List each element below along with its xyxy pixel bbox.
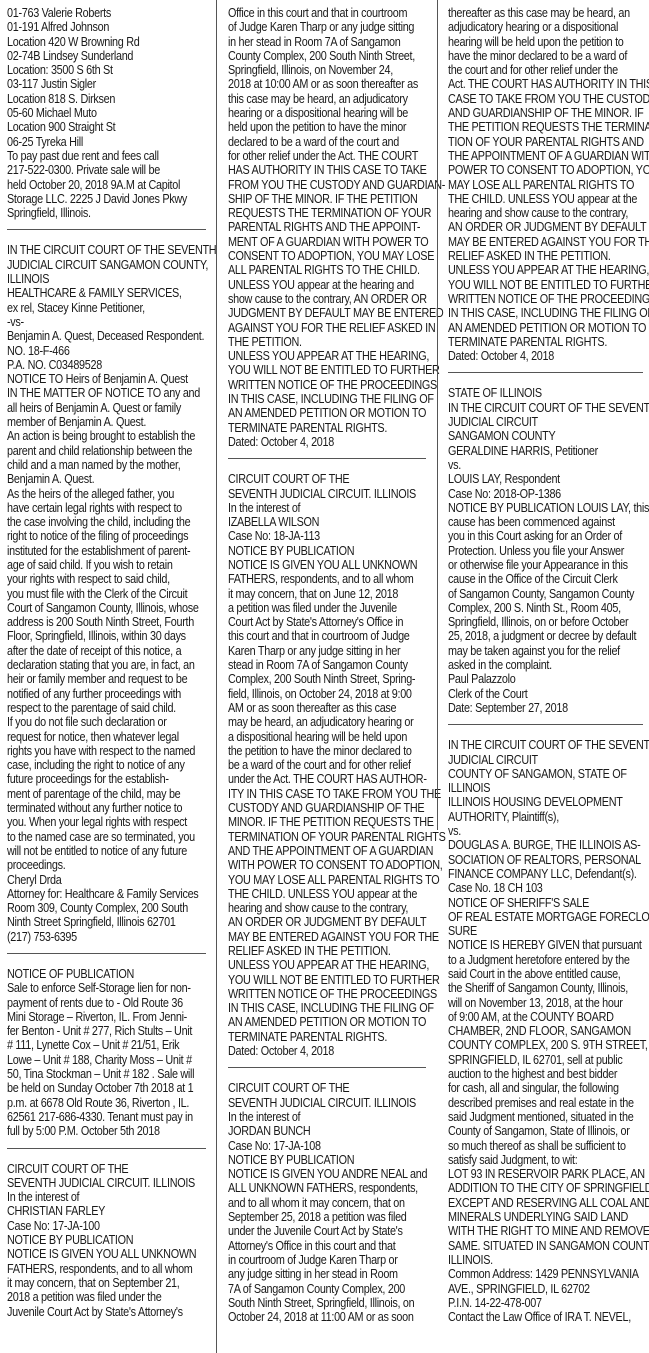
notice-text-line: OF REAL ESTATE MORTGAGE FORECLO- (448, 910, 649, 924)
notice-text-line: IN THE CIRCUIT COURT OF THE SEVENTH (7, 243, 212, 257)
notice-text-line: CASE TO TAKE FROM YOU THE CUSTODY (448, 92, 649, 106)
notice-text-line: any judge sitting in her stead in Room (228, 1267, 431, 1281)
notice-text-line: Paul Palazzolo (448, 672, 649, 686)
legal-notice: thereafter as this case may be heard, an… (448, 6, 649, 363)
notice-text-line: ILLINOIS (7, 272, 212, 286)
notice-text-line: In the interest of (7, 1190, 212, 1204)
column-3: thereafter as this case may be heard, an… (437, 0, 649, 1353)
notice-text-line: Mini Storage – Riverton, IL. From Jenni- (7, 1010, 212, 1024)
notice-text-line: WRITTEN NOTICE OF THE PROCEEDINGS (228, 987, 431, 1001)
notice-text-line: be held on Sunday October 7th 2018 at 1 (7, 1081, 212, 1095)
notice-text-line: IN THIS CASE, INCLUDING THE FILING OF (228, 1001, 431, 1015)
notice-text-line: In the interest of (228, 501, 431, 515)
notice-text-line: IZABELLA WILSON (228, 515, 431, 529)
notice-text-line: UNLESS YOU appear at the hearing and (228, 278, 431, 292)
notice-text-line: JORDAN BUNCH (228, 1124, 431, 1138)
notice-text-line: may be heard, an adjudicatory hearing or (228, 715, 431, 729)
notice-text-line: under the Act. THE COURT HAS AUTHOR- (228, 772, 431, 786)
notice-text-line: TERMINATE PARENTAL RIGHTS. (448, 335, 649, 349)
column-1: 01-763 Valerie Roberts01-191 Alfred John… (0, 0, 212, 1353)
notice-text-line: COUNTY COMPLEX, 200 S. 9TH STREET, (448, 1038, 649, 1052)
notice-text-line: adjudicatory hearing or a dispositional (448, 20, 649, 34)
notice-text-line: the petition to have the minor declared … (228, 744, 431, 758)
column-2: Office in this court and that in courtro… (216, 0, 432, 1353)
notice-text-line: IN THE CIRCUIT COURT OF THE SEVENTH (448, 401, 649, 415)
notice-text-line: SEVENTH JUDICIAL CIRCUIT. ILLINOIS (7, 1176, 212, 1190)
notice-text-line: hearing or a dispositional hearing will … (228, 106, 431, 120)
notice-text-line: have the minor declared to be a ward of (448, 49, 649, 63)
notice-text-line: 62561 217-686-4330. Tenant must pay in (7, 1110, 212, 1124)
notice-text-line: AVE., SPRINGFIELD, IL 62702 (448, 1282, 649, 1296)
notice-text-line: full by 5:00 P.M. October 5th 2018 (7, 1124, 212, 1138)
notice-text-line: SOCIATION OF REALTORS, PERSONAL (448, 853, 649, 867)
notice-text-line: ex rel, Stacey Kinne Petitioner, (7, 301, 212, 315)
notice-text-line: hearing and show cause to the contrary, (448, 206, 649, 220)
notice-text-line: RELIEF ASKED IN THE PETITION. (448, 249, 649, 263)
notice-text-line: TERMINATE PARENTAL RIGHTS. (228, 421, 431, 435)
notice-text-line: FATHERS, respondents, and to all whom (7, 1262, 212, 1276)
notice-text-line: AN ORDER OR JUDGMENT BY DEFAULT (448, 220, 649, 234)
notice-text-line: Court Act by State's Attorney's Office i… (228, 615, 431, 629)
notice-text-line: THE PETITION. (228, 335, 431, 349)
notice-text-line: in courtroom of Judge Karen Tharp or (228, 1253, 431, 1267)
notice-text-line: FROM YOU THE CUSTODY AND GUARDIAN- (228, 178, 431, 192)
notice-text-line: THE PETITION REQUESTS THE TERMINA- (448, 120, 649, 134)
notice-text-line: ILLINOIS. (448, 1253, 649, 1267)
notice-text-line: STATE OF ILLINOIS (448, 386, 649, 400)
notice-text-line: P.I.N. 14-22-478-007 (448, 1296, 649, 1310)
notice-text-line: HEALTHCARE & FAMILY SERVICES, (7, 286, 212, 300)
notice-text-line: NOTICE IS HEREBY GIVEN that pursuant (448, 938, 649, 952)
notice-text-line: ILLINOIS (448, 781, 649, 795)
notice-text-line: WRITTEN NOTICE OF THE PROCEEDINGS (448, 292, 649, 306)
notice-text-line: you must file with the Clerk of the Circ… (7, 587, 212, 601)
notice-text-line: for other relief under the Act. THE COUR… (228, 149, 431, 163)
notice-text-line: ILLINOIS HOUSING DEVELOPMENT (448, 795, 649, 809)
notice-text-line: AUTHORITY, Plaintiff(s), (448, 810, 649, 824)
notice-text-line: Date: September 27, 2018 (448, 701, 649, 715)
notice-text-line: Office in this court and that in courtro… (228, 6, 431, 20)
notice-text-line: Dated: October 4, 2018 (228, 1044, 431, 1058)
notice-text-line: NOTICE BY PUBLICATION (7, 1233, 212, 1247)
notice-separator (228, 458, 426, 459)
notice-text-line: said Court in the above entitled cause, (448, 967, 649, 981)
notice-text-line: cause in the Office of the Circuit Clerk (448, 572, 649, 586)
notice-text-line: YOU WILL NOT BE ENTITLED TO FURTHER (448, 278, 649, 292)
notice-text-line: CONSENT TO ADOPTION, YOU MAY LOSE (228, 249, 431, 263)
notice-text-line: Complex, 200 South Ninth Street, Spring- (228, 672, 431, 686)
legal-notice: NOTICE OF PUBLICATIONSale to enforce Sel… (7, 967, 212, 1139)
notice-text-line: Common Address: 1429 PENNSYLVANIA (448, 1267, 649, 1281)
notice-text-line: Springfield, Illinois, on November 24, (228, 63, 431, 77)
notice-text-line: a petition was filed under the Juvenile (228, 601, 431, 615)
notice-text-line: you in this Court asking for an Order of (448, 529, 649, 543)
notice-text-line: notified of any further proceedings with (7, 687, 212, 701)
notice-text-line: PARENTAL RIGHTS AND THE APPOINT- (228, 220, 431, 234)
notice-text-line: (217) 753-6395 (7, 930, 212, 944)
notice-text-line: Contact the Law Office of IRA T. NEVEL, (448, 1310, 649, 1324)
notice-text-line: Karen Tharp or any judge sitting in her (228, 644, 431, 658)
notice-text-line: vs. (448, 458, 649, 472)
notice-text-line: NOTICE BY PUBLICATION (228, 544, 431, 558)
notice-text-line: terminated without any further notice to (7, 801, 212, 815)
notice-text-line: 01-191 Alfred Johnson (7, 20, 212, 34)
notice-text-line: declared to be a ward of the court and (228, 135, 431, 149)
notice-text-line: respect to the parentage of said child. (7, 701, 212, 715)
notice-text-line: Attorney for: Healthcare & Family Servic… (7, 887, 212, 901)
notice-text-line: County of Sangamon, State of Illinois, o… (448, 1124, 649, 1138)
notice-text-line: Clerk of the Court (448, 687, 649, 701)
notice-text-line: field, Illinois, on October 24, 2018 at … (228, 687, 431, 701)
notice-text-line: CHRISTIAN FARLEY (7, 1204, 212, 1218)
notice-text-line: REQUESTS THE TERMINATION OF YOUR (228, 206, 431, 220)
notice-text-line: COUNTY OF SANGAMON, STATE OF (448, 767, 649, 781)
notice-text-line: ADDITION TO THE CITY OF SPRINGFIELD. (448, 1181, 649, 1195)
notice-text-line: MAY BE ENTERED AGAINST YOU FOR THE (448, 235, 649, 249)
notice-text-line: Case No: 17-JA-108 (228, 1139, 431, 1153)
notice-text-line: payment of rents due to - Old Route 36 (7, 996, 212, 1010)
notice-text-line: heir or family member and request to be (7, 672, 212, 686)
notice-text-line: Court of Sangamon County, Illinois, whos… (7, 601, 212, 615)
notice-text-line: of Judge Karen Tharp or any judge sittin… (228, 20, 431, 34)
notice-text-line: UNLESS YOU APPEAR AT THE HEARING, (228, 349, 431, 363)
notice-text-line: stead in Room 7A of Sangamon County (228, 658, 431, 672)
notice-text-line: Benjamin A. Quest. (7, 472, 212, 486)
notice-text-line: HAS AUTHORITY IN THIS CASE TO TAKE (228, 163, 431, 177)
notice-text-line: Dated: October 4, 2018 (228, 435, 431, 449)
notice-text-line: Attorney's Office in this court and that (228, 1239, 431, 1253)
notice-separator (228, 1067, 426, 1068)
notice-text-line: P.A. NO. C03489528 (7, 358, 212, 372)
notice-text-line: SHIP OF THE MINOR. IF THE PETITION (228, 192, 431, 206)
notice-text-line: after the date of receipt of this notice… (7, 644, 212, 658)
notice-text-line: asked in the complaint. (448, 658, 649, 672)
notice-text-line: Location 900 Straight St (7, 120, 212, 134)
notice-text-line: September 25, 2018 a petition was filed (228, 1210, 431, 1224)
notice-text-line: said Judgment mentioned, situated in the (448, 1110, 649, 1124)
notice-text-line: hearing will be held upon the petition t… (448, 35, 649, 49)
notice-separator (7, 229, 206, 230)
notice-text-line: Act. THE COURT HAS AUTHORITY IN THIS (448, 77, 649, 91)
notice-text-line: JUDICIAL CIRCUIT (448, 415, 649, 429)
notice-text-line: AND GUARDIANSHIP OF THE MINOR. IF (448, 106, 649, 120)
notice-text-line: ALL UNKNOWN FATHERS, respondents, (228, 1181, 431, 1195)
notice-text-line: IN THE CIRCUIT COURT OF THE SEVENTH (448, 738, 649, 752)
notice-text-line: AM or as soon thereafter as this case (228, 701, 431, 715)
notice-text-line: a dispositional hearing will be held upo… (228, 730, 431, 744)
notice-text-line: # 111, Lynette Cox – Unit # 21/51, Erik (7, 1038, 212, 1052)
notice-text-line: show cause to the contrary, AN ORDER OR (228, 292, 431, 306)
notice-text-line: 01-763 Valerie Roberts (7, 6, 212, 20)
notice-text-line: to a Judgment heretofore entered by the (448, 953, 649, 967)
notice-text-line: JUDICIAL CIRCUIT SANGAMON COUNTY, (7, 258, 212, 272)
notice-text-line: parent and child relationship between th… (7, 444, 212, 458)
notice-text-line: JUDGMENT BY DEFAULT MAY BE ENTERED (228, 306, 431, 320)
notice-text-line: Case No: 18-JA-113 (228, 529, 431, 543)
notice-text-line: right to notice of the filing of proceed… (7, 529, 212, 543)
legal-notice: CIRCUIT COURT OF THESEVENTH JUDICIAL CIR… (228, 472, 432, 1058)
notice-text-line: MINERALS UNDERLYING SAID LAND (448, 1210, 649, 1224)
notice-text-line: satisfy said Judgment, to wit: (448, 1153, 649, 1167)
notice-text-line: so much thereof as shall be sufficient t… (448, 1139, 649, 1153)
notice-text-line: Springfield, Illinois, on or before Octo… (448, 615, 649, 629)
notice-text-line: AN AMENDED PETITION OR MOTION TO (228, 406, 431, 420)
notice-text-line: MAY LOSE ALL PARENTAL RIGHTS TO (448, 178, 649, 192)
notice-text-line: address is 200 South Ninth Street, Fourt… (7, 615, 212, 629)
notice-text-line: 02-74B Lindsey Sunderland (7, 49, 212, 63)
notice-text-line: RELIEF ASKED IN THE PETITION. (228, 944, 431, 958)
notice-text-line: Case No: 2018-OP-1386 (448, 487, 649, 501)
notice-text-line: October 24, 2018 at 11:00 AM or as soon (228, 1310, 431, 1324)
legal-notice: CIRCUIT COURT OF THESEVENTH JUDICIAL CIR… (228, 1081, 432, 1324)
notice-text-line: Location: 3500 S 6th St (7, 63, 212, 77)
notice-text-line: CIRCUIT COURT OF THE (7, 1162, 212, 1176)
notice-text-line: Complex, 200 S. Ninth St., Room 405, (448, 601, 649, 615)
notice-text-line: it may concern, that on June 12, 2018 (228, 587, 431, 601)
notice-text-line: Sale to enforce Self-Storage lien for no… (7, 981, 212, 995)
notice-text-line: JUDICIAL CIRCUIT (448, 753, 649, 767)
notice-text-line: the case involving the child, including … (7, 515, 212, 529)
notice-text-line: FINANCE COMPANY LLC, Defendant(s). (448, 867, 649, 881)
notice-text-line: all heirs of Benjamin A. Quest or family (7, 401, 212, 415)
notice-text-line: hearing and show cause to the contrary, (228, 901, 431, 915)
notice-text-line: in her stead in Room 7A of Sangamon (228, 35, 431, 49)
notice-text-line: THE CHILD. UNLESS YOU appear at the (448, 192, 649, 206)
notice-text-line: be a ward of the court and for other rel… (228, 758, 431, 772)
notice-text-line: MENT OF A GUARDIAN WITH POWER TO (228, 235, 431, 249)
notice-text-line: AN AMENDED PETITION OR MOTION TO (228, 1015, 431, 1029)
notice-text-line: fer Benton - Unit # 277, Rich Stults – U… (7, 1024, 212, 1038)
notice-text-line: SEVENTH JUDICIAL CIRCUIT. ILLINOIS (228, 1096, 431, 1110)
notice-text-line: If you do not file such declaration or (7, 715, 212, 729)
notice-text-line: age of said child. If you wish to retain (7, 558, 212, 572)
notice-text-line: IN THIS CASE, INCLUDING THE FILING OF (448, 306, 649, 320)
notice-text-line: In the interest of (228, 1110, 431, 1124)
notice-text-line: instituted for the establishment of pare… (7, 544, 212, 558)
notice-text-line: DOUGLAS A. BURGE, THE ILLINOIS AS- (448, 838, 649, 852)
notice-text-line: 25, 2018, a judgment or decree by defaul… (448, 629, 649, 643)
notice-text-line: FATHERS, respondents, and to all whom (228, 572, 431, 586)
notice-text-line: SEVENTH JUDICIAL CIRCUIT. ILLINOIS (228, 487, 431, 501)
notice-text-line: declaration stating that you are, in fac… (7, 658, 212, 672)
notice-text-line: Location 818 S. Dirksen (7, 92, 212, 106)
notice-text-line: SPRINGFIELD, IL 62701, sell at public (448, 1053, 649, 1067)
notice-text-line: MAY BE ENTERED AGAINST YOU FOR THE (228, 930, 431, 944)
notice-text-line: under the Juvenile Court Act by State's (228, 1224, 431, 1238)
notice-text-line: YOU MAY LOSE ALL PARENTAL RIGHTS TO (228, 873, 431, 887)
notice-text-line: IN THE MATTER OF NOTICE TO any and (7, 386, 212, 400)
notice-text-line: will not be entitled to notice of any fu… (7, 844, 212, 858)
notice-text-line: 50, Tina Stockman – Unit # 182 . Sale wi… (7, 1067, 212, 1081)
notice-text-line: cause has been commenced against (448, 515, 649, 529)
notice-text-line: may be taken against you for the relief (448, 644, 649, 658)
notice-text-line: Case No. 18 CH 103 (448, 881, 649, 895)
notice-text-line: -vs- (7, 315, 212, 329)
notice-text-line: case, including the right to notice of a… (7, 758, 212, 772)
notice-text-line: NOTICE BY PUBLICATION (228, 1153, 431, 1167)
notice-text-line: future proceedings for the establish- (7, 772, 212, 786)
legal-notice: 01-763 Valerie Roberts01-191 Alfred John… (7, 6, 212, 220)
notice-text-line: Lowe – Unit # 188, Charity Moss – Unit # (7, 1053, 212, 1067)
notice-text-line: County Complex, 200 South Ninth Street, (228, 49, 431, 63)
notice-text-line: CIRCUIT COURT OF THE (228, 472, 431, 486)
notice-separator (448, 724, 643, 725)
notice-text-line: AN ORDER OR JUDGMENT BY DEFAULT (228, 915, 431, 929)
legal-notice: Office in this court and that in courtro… (228, 6, 432, 449)
notice-text-line: AND THE APPOINTMENT OF A GUARDIAN (228, 844, 431, 858)
notice-text-line: Cheryl Drda (7, 873, 212, 887)
notice-text-line: you. When your legal rights with respect (7, 815, 212, 829)
notice-text-line: NOTICE IS GIVEN YOU ANDRE NEAL and (228, 1167, 431, 1181)
notice-text-line: SURE (448, 924, 649, 938)
notice-text-line: Benjamin A. Quest, Deceased Respondent. (7, 329, 212, 343)
notice-text-line: Storage LLC. 2225 J David Jones Pkwy (7, 192, 212, 206)
notice-text-line: auction to the highest and best bidder (448, 1067, 649, 1081)
notice-text-line: will on November 13, 2018, at the hour (448, 996, 649, 1010)
notice-text-line: Springfield, Illinois. (7, 206, 212, 220)
notice-text-line: or otherwise file your Appearance in thi… (448, 558, 649, 572)
notice-separator (7, 953, 206, 954)
notice-text-line: 03-117 Justin Sigler (7, 77, 212, 91)
notice-text-line: and to all whom it may concern, that on (228, 1196, 431, 1210)
legal-notice: IN THE CIRCUIT COURT OF THE SEVENTHJUDIC… (448, 738, 649, 1324)
notice-text-line: your rights with respect to said child, (7, 572, 212, 586)
notice-text-line: the Sheriff of Sangamon County, Illinois… (448, 981, 649, 995)
notice-text-line: LOT 93 IN RESERVOIR PARK PLACE, AN (448, 1167, 649, 1181)
notice-text-line: An action is being brought to establish … (7, 429, 212, 443)
notice-text-line: CUSTODY AND GUARDIANSHIP OF THE (228, 801, 431, 815)
notice-text-line: WRITTEN NOTICE OF THE PROCEEDINGS (228, 378, 431, 392)
notice-text-line: UNLESS YOU APPEAR AT THE HEARING, (448, 263, 649, 277)
notice-text-line: ITY IN THIS CASE TO TAKE FROM YOU THE (228, 787, 431, 801)
notice-text-line: NOTICE IS GIVEN YOU ALL UNKNOWN (228, 558, 431, 572)
notice-text-line: thereafter as this case may be heard, an (448, 6, 649, 20)
notice-text-line: THE CHILD. UNLESS YOU appear at the (228, 887, 431, 901)
notice-text-line: YOU WILL NOT BE ENTITLED TO FURTHER (228, 363, 431, 377)
legal-notice: CIRCUIT COURT OF THESEVENTH JUDICIAL CIR… (7, 1162, 212, 1319)
notice-text-line: CIRCUIT COURT OF THE (228, 1081, 431, 1095)
notice-text-line: Floor, Springfield, Illinois, within 30 … (7, 629, 212, 643)
notice-text-line: Dated: October 4, 2018 (448, 349, 649, 363)
notice-text-line: to the named case are so terminated, you (7, 830, 212, 844)
notice-text-line: described premises and real estate in th… (448, 1096, 649, 1110)
notice-text-line: YOU WILL NOT BE ENTITLED TO FURTHER (228, 973, 431, 987)
notice-text-line: To pay past due rent and fees call (7, 149, 212, 163)
notice-text-line: NOTICE IS GIVEN YOU ALL UNKNOWN (7, 1247, 212, 1261)
notice-text-line: for cash, all and singular, the followin… (448, 1081, 649, 1095)
notice-text-line: SANGAMON COUNTY (448, 429, 649, 443)
notice-separator (448, 372, 643, 373)
notice-text-line: 05-60 Michael Muto (7, 106, 212, 120)
notice-text-line: As the heirs of the alleged father, you (7, 487, 212, 501)
notice-text-line: CHAMBER, 2ND FLOOR, SANGAMON (448, 1024, 649, 1038)
notice-text-line: the court and for other relief under the (448, 63, 649, 77)
notice-text-line: 217-522-0300. Private sale will be (7, 163, 212, 177)
notice-text-line: NO. 18-F-466 (7, 344, 212, 358)
notice-text-line: LOUIS LAY, Respondent (448, 472, 649, 486)
notice-text-line: UNLESS YOU APPEAR AT THE HEARING, (228, 958, 431, 972)
notice-text-line: THE APPOINTMENT OF A GUARDIAN WITH (448, 149, 649, 163)
notice-text-line: GERALDINE HARRIS, Petitioner (448, 444, 649, 458)
notice-text-line: Room 309, County Complex, 200 South (7, 901, 212, 915)
notice-text-line: it may concern, that on September 21, (7, 1276, 212, 1290)
notice-text-line: request for notice, then whatever legal (7, 730, 212, 744)
notice-text-line: ALL PARENTAL RIGHTS TO THE CHILD. (228, 263, 431, 277)
notice-text-line: TERMINATE PARENTAL RIGHTS. (228, 1030, 431, 1044)
notice-text-line: TION OF YOUR PARENTAL RIGHTS AND (448, 135, 649, 149)
notice-text-line: rights you have with respect to the name… (7, 744, 212, 758)
notice-text-line: held October 20, 2018 9A.M at Capitol (7, 178, 212, 192)
notice-text-line: Case No: 17-JA-100 (7, 1219, 212, 1233)
legal-notice: STATE OF ILLINOISIN THE CIRCUIT COURT OF… (448, 386, 649, 715)
notice-text-line: NOTICE TO Heirs of Benjamin A. Quest (7, 372, 212, 386)
notice-text-line: NOTICE OF PUBLICATION (7, 967, 212, 981)
notice-text-line: Protection. Unless you file your Answer (448, 544, 649, 558)
notice-text-line: ment of parentage of the child, may be (7, 787, 212, 801)
notice-text-line: 2018 a petition was filed under the (7, 1290, 212, 1304)
notice-text-line: have certain legal rights with respect t… (7, 501, 212, 515)
notice-separator (7, 1148, 206, 1149)
notice-text-line: Location 420 W Browning Rd (7, 35, 212, 49)
notice-text-line: NOTICE BY PUBLICATION LOUIS LAY, this (448, 501, 649, 515)
notice-text-line: of 9:00 AM, at the COUNTY BOARD (448, 1010, 649, 1024)
notice-text-line: AGAINST YOU FOR THE RELIEF ASKED IN (228, 321, 431, 335)
notice-text-line: p.m. at 6678 Old Route 36, Riverton , IL… (7, 1096, 212, 1110)
notice-text-line: AN AMENDED PETITION OR MOTION TO (448, 321, 649, 335)
notice-text-line: Juvenile Court Act by State's Attorney's (7, 1305, 212, 1319)
notice-text-line: WITH THE RIGHT TO MINE AND REMOVE (448, 1224, 649, 1238)
notice-text-line: NOTICE OF SHERIFF'S SALE (448, 896, 649, 910)
notice-text-line: this court and that in courtroom of Judg… (228, 629, 431, 643)
notice-text-line: IN THIS CASE, INCLUDING THE FILING OF (228, 392, 431, 406)
notice-text-line: 06-25 Tyreka Hill (7, 135, 212, 149)
notice-text-line: proceedings. (7, 858, 212, 872)
notice-text-line: South Ninth Street, Springfield, Illinoi… (228, 1296, 431, 1310)
notice-text-line: SAME. SITUATED IN SANGAMON COUNTY, (448, 1239, 649, 1253)
legal-notice: IN THE CIRCUIT COURT OF THE SEVENTHJUDIC… (7, 243, 212, 944)
notice-text-line: POWER TO CONSENT TO ADOPTION, YOU (448, 163, 649, 177)
notice-text-line: EXCEPT AND RESERVING ALL COAL AND (448, 1196, 649, 1210)
notice-text-line: member of Benjamin A. Quest. (7, 415, 212, 429)
notice-text-line: held upon the petition to have the minor (228, 120, 431, 134)
notice-text-line: 7A of Sangamon County Complex, 200 (228, 1282, 431, 1296)
notice-text-line: vs. (448, 824, 649, 838)
notice-text-line: Ninth Street Springfield, Illinois 62701 (7, 915, 212, 929)
notice-text-line: of Sangamon County, Sangamon County (448, 587, 649, 601)
notice-text-line: MINOR. IF THE PETITION REQUESTS THE (228, 815, 431, 829)
notice-text-line: WITH POWER TO CONSENT TO ADOPTION, (228, 858, 431, 872)
notice-text-line: TERMINATION OF YOUR PARENTAL RIGHTS (228, 830, 431, 844)
notice-text-line: this case may be heard, an adjudicatory (228, 92, 431, 106)
notice-text-line: child and a man named by the mother, (7, 458, 212, 472)
notice-text-line: 2018 at 10:00 AM or as soon thereafter a… (228, 77, 431, 91)
